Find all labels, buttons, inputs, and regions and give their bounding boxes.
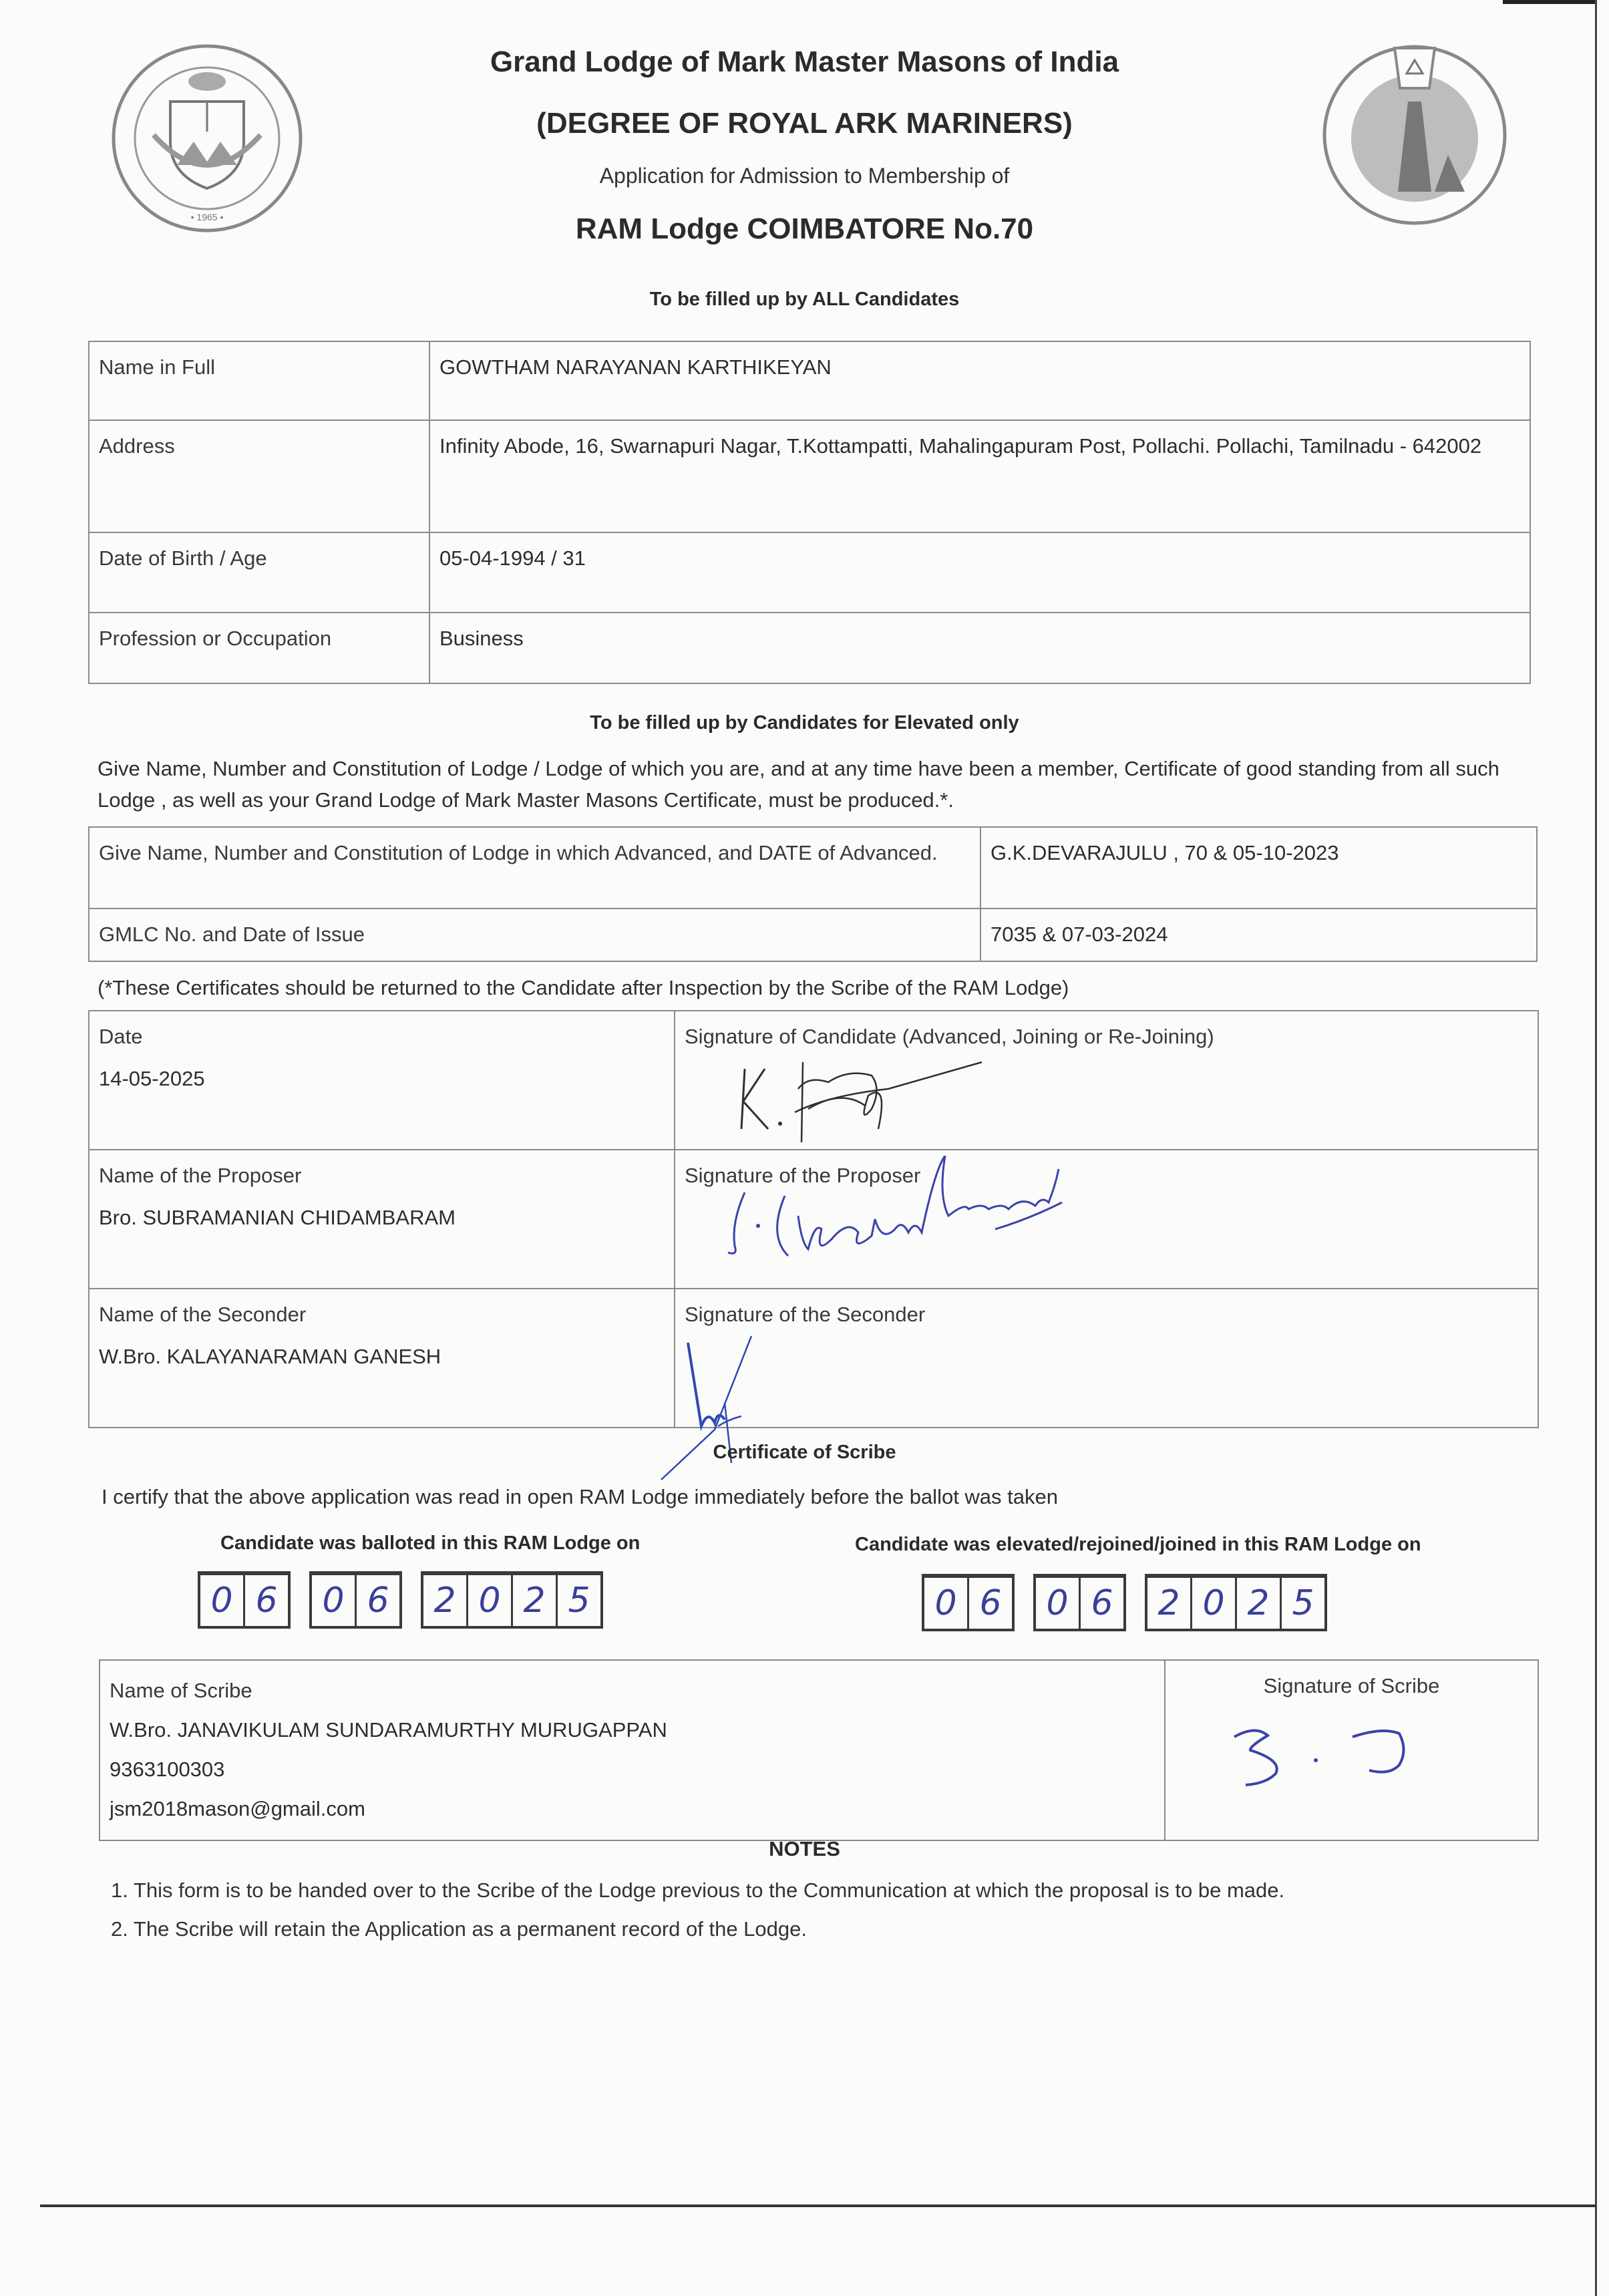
scribe-signature <box>1229 1724 1496 1794</box>
proposer-label: Name of the Proposer <box>99 1164 301 1187</box>
digit-box[interactable]: 2 <box>513 1575 558 1626</box>
lodge-name: RAM Lodge COIMBATORE No.70 <box>0 212 1609 246</box>
degree-title: (DEGREE OF ROYAL ARK MARINERS) <box>0 107 1609 140</box>
balloted-date-boxes[interactable]: 0 6 0 6 2 0 2 5 <box>198 1571 603 1629</box>
proposer-name-field[interactable]: Bro. SUBRAMANIAN CHIDAMBARAM <box>99 1203 665 1233</box>
elevated-heading: To be filled up by Candidates for Elevat… <box>0 712 1609 734</box>
digit-box[interactable]: 2 <box>1237 1578 1282 1629</box>
balloted-day[interactable]: 0 6 <box>198 1571 291 1629</box>
date-label: Date <box>99 1025 142 1048</box>
digit-box[interactable]: 6 <box>245 1575 288 1626</box>
table-row: GMLC No. and Date of Issue 7035 & 07-03-… <box>89 909 1537 961</box>
gmlc-label: GMLC No. and Date of Issue <box>89 909 980 961</box>
scribe-phone-field[interactable]: 9363100303 <box>110 1750 1155 1790</box>
candidate-details-table: Name in Full GOWTHAM NARAYANAN KARTHIKEY… <box>88 341 1531 684</box>
table-row: Date of Birth / Age 05-04-1994 / 31 <box>89 532 1530 613</box>
application-line: Application for Admission to Membership … <box>0 164 1609 188</box>
elevated-month[interactable]: 0 6 <box>1033 1574 1126 1631</box>
digit-box[interactable]: 0 <box>1036 1578 1081 1629</box>
proposer-signature <box>715 1156 1222 1273</box>
digit-box[interactable]: 0 <box>200 1575 245 1626</box>
candidate-signature <box>728 1049 1089 1159</box>
scribe-email-field[interactable]: jsm2018mason@gmail.com <box>110 1790 1155 1829</box>
address-field[interactable]: Infinity Abode, 16, Swarnapuri Nagar, T.… <box>429 420 1530 532</box>
table-row: Profession or Occupation Business <box>89 613 1530 683</box>
profession-label: Profession or Occupation <box>89 613 429 683</box>
balloted-label: Candidate was balloted in this RAM Lodge… <box>220 1532 640 1554</box>
gmlc-field[interactable]: 7035 & 07-03-2024 <box>980 909 1537 961</box>
table-row: Name in Full GOWTHAM NARAYANAN KARTHIKEY… <box>89 341 1530 420</box>
note-item: 2. The Scribe will retain the Applicatio… <box>111 1917 807 1941</box>
note-item: 1. This form is to be handed over to the… <box>111 1878 1284 1903</box>
digit-box[interactable]: 0 <box>924 1578 969 1629</box>
table-row: Give Name, Number and Constitution of Lo… <box>89 827 1537 909</box>
seconder-signature-label: Signature of the Seconder <box>685 1303 925 1326</box>
elevated-details-table: Give Name, Number and Constitution of Lo… <box>88 826 1538 962</box>
seconder-label: Name of the Seconder <box>99 1303 306 1326</box>
digit-box[interactable]: 2 <box>423 1575 468 1626</box>
candidate-signature-label: Signature of Candidate (Advanced, Joinin… <box>685 1025 1214 1048</box>
org-title: Grand Lodge of Mark Master Masons of Ind… <box>0 45 1609 79</box>
scan-edge-top <box>1503 0 1596 4</box>
digit-box[interactable]: 0 <box>468 1575 513 1626</box>
dob-label: Date of Birth / Age <box>89 532 429 613</box>
date-field[interactable]: 14-05-2025 <box>99 1064 665 1094</box>
elevated-year[interactable]: 2 0 2 5 <box>1145 1574 1327 1631</box>
scribe-name-field[interactable]: W.Bro. JANAVIKULAM SUNDARAMURTHY MURUGAP… <box>110 1711 1155 1750</box>
elevated-date-boxes[interactable]: 0 6 0 6 2 0 2 5 <box>922 1574 1327 1631</box>
scan-edge-bottom <box>40 2204 1596 2207</box>
scribe-certificate-heading: Certificate of Scribe <box>0 1442 1609 1464</box>
address-label: Address <box>89 420 429 532</box>
certificates-footnote: (*These Certificates should be returned … <box>98 973 1069 1004</box>
elevated-label: Candidate was elevated/rejoined/joined i… <box>855 1534 1421 1556</box>
name-field[interactable]: GOWTHAM NARAYANAN KARTHIKEYAN <box>429 341 1530 420</box>
digit-box[interactable]: 5 <box>558 1575 600 1626</box>
table-row: Address Infinity Abode, 16, Swarnapuri N… <box>89 420 1530 532</box>
scribe-name-label: Name of Scribe <box>110 1671 1155 1711</box>
balloted-month[interactable]: 0 6 <box>309 1571 402 1629</box>
advanced-lodge-label: Give Name, Number and Constitution of Lo… <box>89 827 980 909</box>
profession-field[interactable]: Business <box>429 613 1530 683</box>
name-label: Name in Full <box>89 341 429 420</box>
seconder-name-field[interactable]: W.Bro. KALAYANARAMAN GANESH <box>99 1342 665 1372</box>
all-candidates-heading: To be filled up by ALL Candidates <box>0 289 1609 311</box>
digit-box[interactable]: 6 <box>969 1578 1012 1629</box>
scan-edge-right <box>1595 0 1597 2296</box>
scribe-statement: I certify that the above application was… <box>102 1482 1058 1513</box>
digit-box[interactable]: 5 <box>1282 1578 1324 1629</box>
advanced-lodge-field[interactable]: G.K.DEVARAJULU , 70 & 05-10-2023 <box>980 827 1537 909</box>
digit-box[interactable]: 0 <box>312 1575 357 1626</box>
digit-box[interactable]: 6 <box>1081 1578 1123 1629</box>
balloted-year[interactable]: 2 0 2 5 <box>421 1571 603 1629</box>
digit-box[interactable]: 6 <box>357 1575 399 1626</box>
digit-box[interactable]: 2 <box>1147 1578 1192 1629</box>
digit-box[interactable]: 0 <box>1192 1578 1237 1629</box>
scribe-signature-label: Signature of Scribe <box>1264 1674 1440 1697</box>
notes-heading: NOTES <box>0 1837 1609 1861</box>
dob-age-field[interactable]: 05-04-1994 / 31 <box>429 532 1530 613</box>
elevated-day[interactable]: 0 6 <box>922 1574 1015 1631</box>
elevated-instructions: Give Name, Number and Constitution of Lo… <box>98 754 1527 816</box>
